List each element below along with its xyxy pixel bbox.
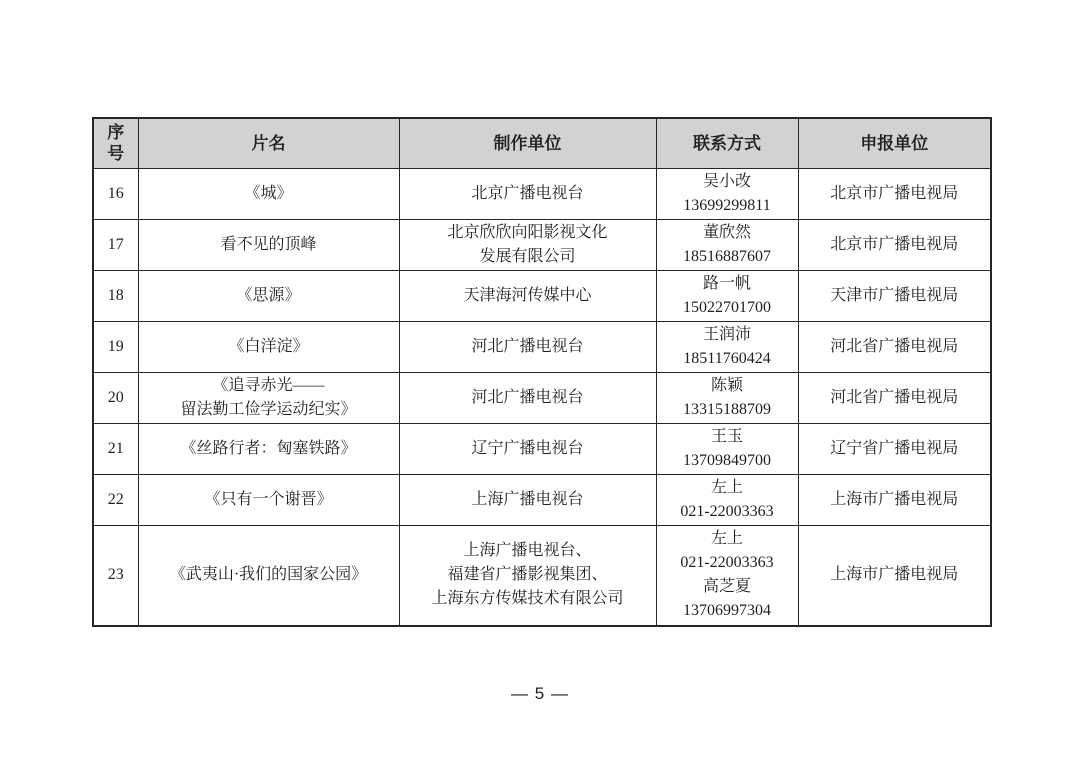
cell-production-unit: 河北广播电视台 xyxy=(399,372,656,423)
cell-serial-number: 21 xyxy=(93,423,138,474)
cell-declaring-unit: 河北省广播电视局 xyxy=(798,372,991,423)
cell-film-title: 《城》 xyxy=(138,168,399,219)
cell-contact: 董欣然 18516887607 xyxy=(656,219,798,270)
cell-serial-number: 22 xyxy=(93,474,138,525)
cell-serial-number: 16 xyxy=(93,168,138,219)
cell-contact: 王玉 13709849700 xyxy=(656,423,798,474)
table-header-row: 序 号 片名 制作单位 联系方式 申报单位 xyxy=(93,118,991,168)
header-production-unit: 制作单位 xyxy=(399,118,656,168)
cell-production-unit: 天津海河传媒中心 xyxy=(399,270,656,321)
cell-serial-number: 19 xyxy=(93,321,138,372)
table-row: 22 《只有一个谢晋》 上海广播电视台 左上 021-22003363 上海市广… xyxy=(93,474,991,525)
cell-production-unit: 上海广播电视台 xyxy=(399,474,656,525)
cell-declaring-unit: 河北省广播电视局 xyxy=(798,321,991,372)
cell-declaring-unit: 辽宁省广播电视局 xyxy=(798,423,991,474)
cell-film-title: 看不见的顶峰 xyxy=(138,219,399,270)
cell-contact: 吴小改 13699299811 xyxy=(656,168,798,219)
cell-production-unit: 辽宁广播电视台 xyxy=(399,423,656,474)
cell-contact: 路一帆 15022701700 xyxy=(656,270,798,321)
cell-declaring-unit: 上海市广播电视局 xyxy=(798,474,991,525)
table-row: 21 《丝路行者：匈塞铁路》 辽宁广播电视台 王玉 13709849700 辽宁… xyxy=(93,423,991,474)
header-declaring-unit: 申报单位 xyxy=(798,118,991,168)
cell-contact: 左上 021-22003363 高芝夏 13706997304 xyxy=(656,525,798,626)
table-row: 23 《武夷山·我们的国家公园》 上海广播电视台、 福建省广播影视集团、 上海东… xyxy=(93,525,991,626)
table-row: 20 《追寻赤光—— 留法勤工俭学运动纪实》 河北广播电视台 陈颖 133151… xyxy=(93,372,991,423)
page-number: — 5 — xyxy=(0,684,1080,704)
cell-declaring-unit: 北京市广播电视局 xyxy=(798,219,991,270)
cell-declaring-unit: 上海市广播电视局 xyxy=(798,525,991,626)
table-row: 16 《城》 北京广播电视台 吴小改 13699299811 北京市广播电视局 xyxy=(93,168,991,219)
cell-film-title: 《武夷山·我们的国家公园》 xyxy=(138,525,399,626)
header-contact: 联系方式 xyxy=(656,118,798,168)
cell-serial-number: 23 xyxy=(93,525,138,626)
cell-contact: 王润沛 18511760424 xyxy=(656,321,798,372)
document-page: 序 号 片名 制作单位 联系方式 申报单位 16 《城》 北京广播电视台 吴小改… xyxy=(0,0,1080,764)
cell-serial-number: 18 xyxy=(93,270,138,321)
cell-serial-number: 17 xyxy=(93,219,138,270)
table-row: 19 《白洋淀》 河北广播电视台 王润沛 18511760424 河北省广播电视… xyxy=(93,321,991,372)
table-row: 18 《思源》 天津海河传媒中心 路一帆 15022701700 天津市广播电视… xyxy=(93,270,991,321)
cell-film-title: 《丝路行者：匈塞铁路》 xyxy=(138,423,399,474)
cell-serial-number: 20 xyxy=(93,372,138,423)
film-list-table: 序 号 片名 制作单位 联系方式 申报单位 16 《城》 北京广播电视台 吴小改… xyxy=(92,117,992,627)
table-row: 17 看不见的顶峰 北京欣欣向阳影视文化 发展有限公司 董欣然 18516887… xyxy=(93,219,991,270)
cell-film-title: 《思源》 xyxy=(138,270,399,321)
cell-film-title: 《只有一个谢晋》 xyxy=(138,474,399,525)
cell-declaring-unit: 北京市广播电视局 xyxy=(798,168,991,219)
cell-production-unit: 北京欣欣向阳影视文化 发展有限公司 xyxy=(399,219,656,270)
cell-film-title: 《追寻赤光—— 留法勤工俭学运动纪实》 xyxy=(138,372,399,423)
header-film-title: 片名 xyxy=(138,118,399,168)
cell-declaring-unit: 天津市广播电视局 xyxy=(798,270,991,321)
cell-contact: 左上 021-22003363 xyxy=(656,474,798,525)
header-serial-number: 序 号 xyxy=(93,118,138,168)
cell-production-unit: 北京广播电视台 xyxy=(399,168,656,219)
cell-production-unit: 河北广播电视台 xyxy=(399,321,656,372)
cell-film-title: 《白洋淀》 xyxy=(138,321,399,372)
cell-contact: 陈颖 13315188709 xyxy=(656,372,798,423)
cell-production-unit: 上海广播电视台、 福建省广播影视集团、 上海东方传媒技术有限公司 xyxy=(399,525,656,626)
